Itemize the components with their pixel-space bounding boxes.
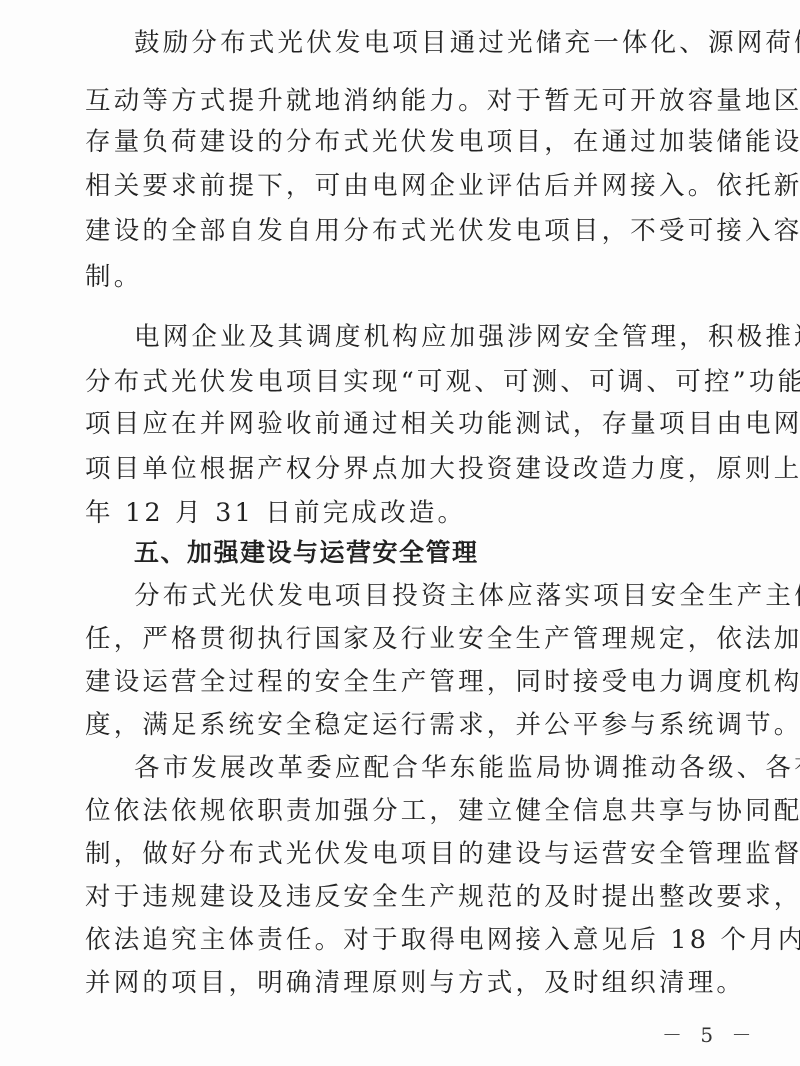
paragraph-4-line-6: 并网的项目，明确清理原则与方式，及时组织清理。 <box>85 968 725 998</box>
paragraph-2-line-2: 分布式光伏发电项目实现“可观、可测、可调、可控”功能，新建 <box>85 367 725 397</box>
paragraph-2-line-3: 项目应在并网验收前通过相关功能测试，存量项目由电网企业、 <box>85 409 725 439</box>
paragraph-2-line-4: 项目单位根据产权分界点加大投资建设改造力度，原则上于 2025 <box>85 454 725 484</box>
paragraph-1-line-2: 互动等方式提升就地消纳能力。对于暂无可开放容量地区，依托 <box>85 86 725 116</box>
page-number: － 5 － <box>662 1023 757 1047</box>
paragraph-4-line-5: 依法追究主体责任。对于取得电网接入意见后 18 个月内未建成 <box>85 925 725 955</box>
paragraph-1-line-4: 相关要求前提下，可由电网企业评估后并网接入。依托新增负荷 <box>85 171 725 201</box>
paragraph-4-line-1: 各市发展改革委应配合华东能监局协调推动各级、各有关单 <box>134 753 774 783</box>
paragraph-3-line-2: 任，严格贯彻执行国家及行业安全生产管理规定，依法加强项目 <box>85 624 725 654</box>
paragraph-1-line-5: 建设的全部自发自用分布式光伏发电项目，不受可接入容量限 <box>85 216 725 246</box>
paragraph-1-line-1: 鼓励分布式光伏发电项目通过光储充一体化、源网荷储协同 <box>134 28 774 58</box>
paragraph-1-line-3: 存量负荷建设的分布式光伏发电项目，在通过加装储能设施满足 <box>85 127 725 157</box>
document-page: 鼓励分布式光伏发电项目通过光储充一体化、源网荷储协同 互动等方式提升就地消纳能力… <box>0 0 800 1066</box>
paragraph-4-line-3: 制，做好分布式光伏发电项目的建设与运营安全管理监督工作， <box>85 839 725 869</box>
section-heading: 五、加强建设与运营安全管理 <box>134 538 774 568</box>
paragraph-3-line-1: 分布式光伏发电项目投资主体应落实项目安全生产主体责 <box>134 581 774 611</box>
paragraph-3-line-3: 建设运营全过程的安全生产管理，同时接受电力调度机构统一调 <box>85 667 725 697</box>
paragraph-2-line-5: 年 12 月 31 日前完成改造。 <box>85 498 725 528</box>
paragraph-2-line-1: 电网企业及其调度机构应加强涉网安全管理，积极推进我省 <box>134 322 774 352</box>
paragraph-1-line-6: 制。 <box>85 262 725 292</box>
paragraph-4-line-4: 对于违规建设及违反安全生产规范的及时提出整改要求，并视情 <box>85 882 725 912</box>
paragraph-4-line-2: 位依法依规依职责加强分工，建立健全信息共享与协同配合机 <box>85 796 725 826</box>
paragraph-3-line-4: 度，满足系统安全稳定运行需求，并公平参与系统调节。 <box>85 710 725 740</box>
